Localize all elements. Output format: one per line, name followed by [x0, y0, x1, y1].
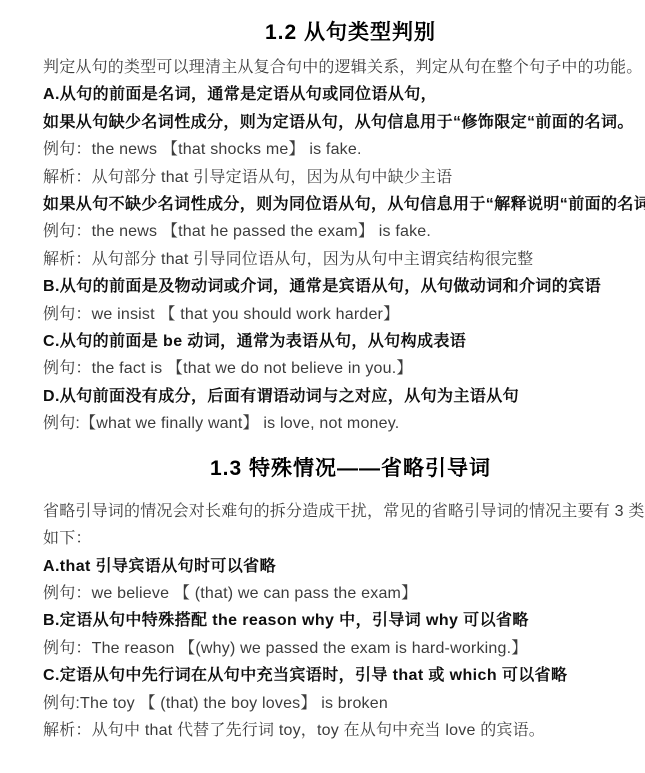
rule-line: 如果从句缺少名词性成分，则为定语从句，从句信息用于“修饰限定“前面的名词。 [43, 109, 630, 136]
rule-line-c: C.定语从句中先行词在从句中充当宾语时，引导 that 或 which 可以省略 [43, 662, 630, 689]
section-1-2-body: 判定从句的类型可以理清主从复合句中的逻辑关系，判定从句在整个句子中的功能。 A.… [43, 54, 630, 438]
rule-line: 如果从句不缺少名词性成分，则为同位语从句，从句信息用于“解释说明“前面的名词。 [43, 191, 630, 218]
example-line: 例句:【what we finally want】 is love, not m… [43, 410, 630, 437]
example-line: 例句：the news 【that he passed the exam】 is… [43, 218, 630, 245]
rule-line-b: B.从句的前面是及物动词或介词，通常是宾语从句，从句做动词和介词的宾语 [43, 273, 630, 300]
example-line: 例句：the news 【that shocks me】 is fake. [43, 136, 630, 163]
rule-line-a: A.that 引导宾语从句时可以省略 [43, 553, 630, 580]
section-heading-1-3: 1.3 特殊情况——省略引导词 [28, 456, 645, 482]
rule-line-b: B.定语从句中特殊搭配 the reason why 中，引导词 why 可以省… [43, 607, 630, 634]
example-line: 例句：we insist 【 that you should work hard… [43, 301, 630, 328]
document-page: 1.2 从句类型判别 判定从句的类型可以理清主从复合句中的逻辑关系，判定从句在整… [0, 0, 645, 773]
rule-line-d: D.从句前面没有成分，后面有谓语动词与之对应，从句为主语从句 [43, 383, 630, 410]
analysis-line: 解析：从句中 that 代替了先行词 toy，toy 在从句中充当 love 的… [43, 717, 630, 744]
example-line: 例句：the fact is 【that we do not believe i… [43, 355, 630, 382]
section-1-3-body: 省略引导词的情况会对长难句的拆分造成干扰，常见的省略引导词的情况主要有 3 类，… [43, 498, 630, 745]
section-heading-1-2: 1.2 从句类型判别 [28, 20, 645, 46]
paragraph-line: 如下： [43, 525, 630, 552]
rule-line-c: C.从句的前面是 be 动词，通常为表语从句，从句构成表语 [43, 328, 630, 355]
analysis-line: 解析：从句部分 that 引导定语从句，因为从句中缺少主语 [43, 164, 630, 191]
example-line: 例句：we believe 【 (that) we can pass the e… [43, 580, 630, 607]
paragraph-line: 判定从句的类型可以理清主从复合句中的逻辑关系，判定从句在整个句子中的功能。 [43, 54, 630, 81]
example-line: 例句:The toy 【 (that) the boy loves】 is br… [43, 690, 630, 717]
rule-line-a: A.从句的前面是名词，通常是定语从句或同位语从句， [43, 81, 630, 108]
analysis-line: 解析：从句部分 that 引导同位语从句，因为从句中主谓宾结构很完整 [43, 246, 630, 273]
paragraph-line: 省略引导词的情况会对长难句的拆分造成干扰，常见的省略引导词的情况主要有 3 类， [43, 498, 630, 525]
example-line: 例句：The reason 【(why) we passed the exam … [43, 635, 630, 662]
